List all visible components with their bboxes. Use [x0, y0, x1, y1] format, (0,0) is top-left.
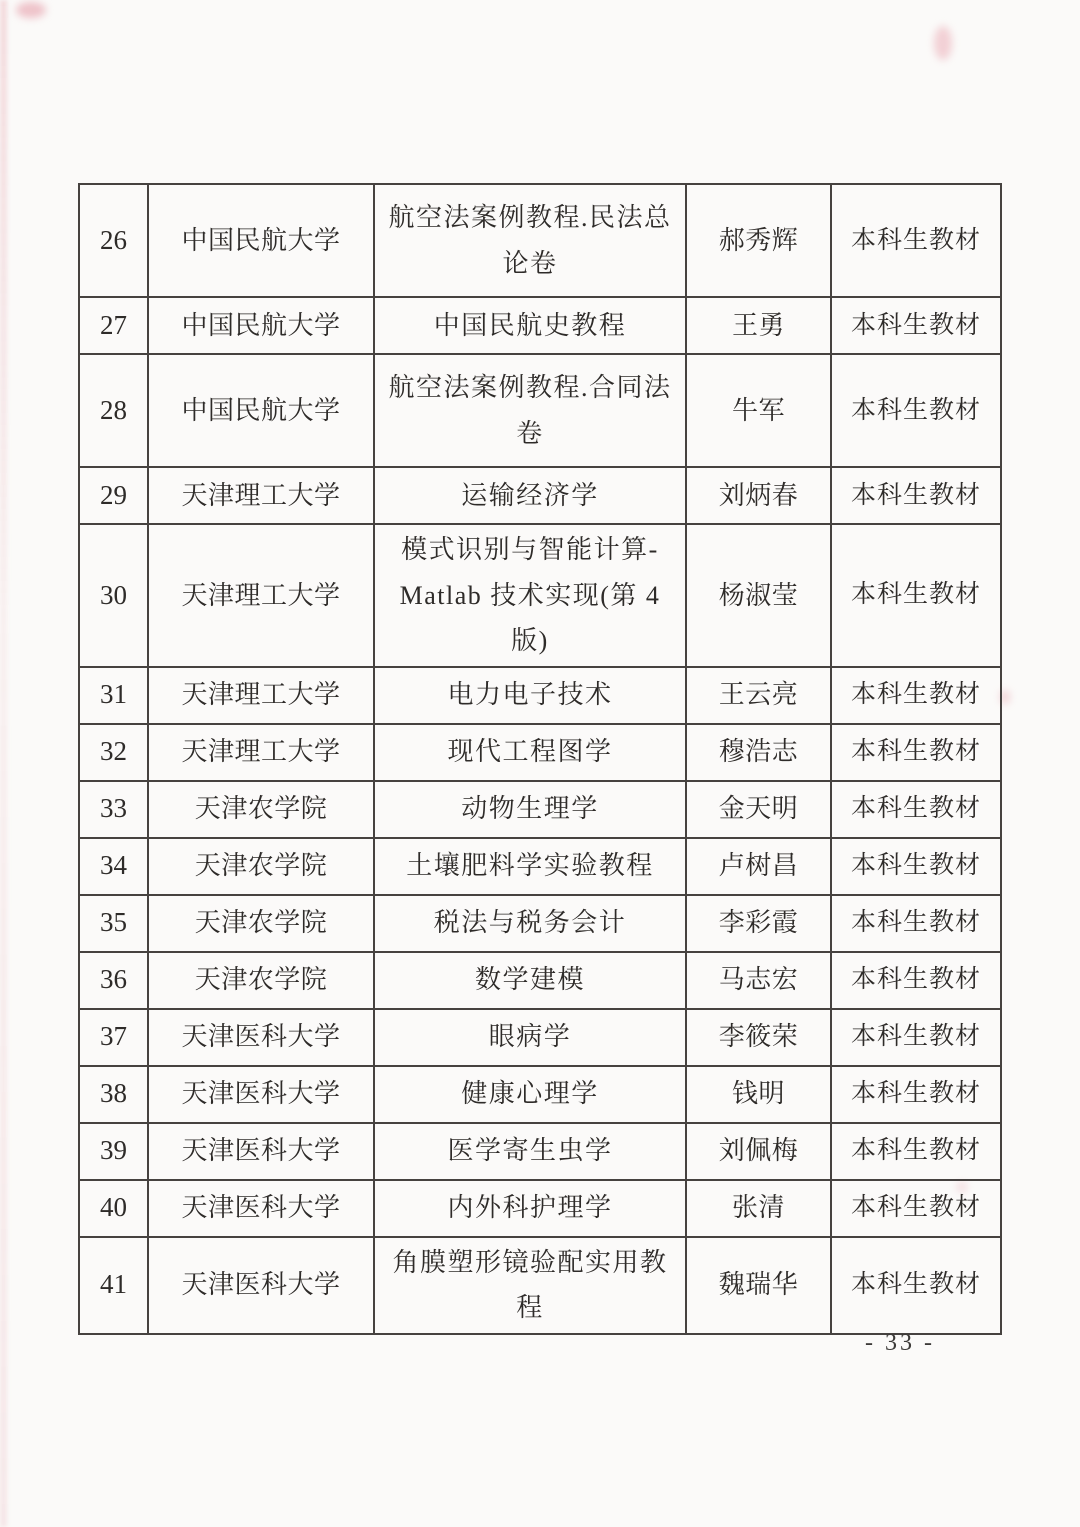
- cell-university: 中国民航大学: [148, 184, 374, 297]
- cell-category: 本科生教材: [831, 524, 1001, 667]
- cell-university: 天津农学院: [148, 838, 374, 895]
- cell-author: 杨淑莹: [686, 524, 831, 667]
- cell-no: 39: [79, 1123, 148, 1180]
- table-row: 36天津农学院数学建模马志宏本科生教材: [79, 952, 1001, 1009]
- cell-university: 天津医科大学: [148, 1237, 374, 1334]
- table-row: 38天津医科大学健康心理学钱明本科生教材: [79, 1066, 1001, 1123]
- cell-university: 中国民航大学: [148, 297, 374, 354]
- cell-category: 本科生教材: [831, 467, 1001, 524]
- cell-title: 医学寄生虫学: [374, 1123, 686, 1180]
- cell-category: 本科生教材: [831, 895, 1001, 952]
- scan-edge-tint: [0, 0, 7, 1527]
- table-row: 26中国民航大学航空法案例教程.民法总 论卷郝秀辉本科生教材: [79, 184, 1001, 297]
- textbook-table: 26中国民航大学航空法案例教程.民法总 论卷郝秀辉本科生教材27中国民航大学中国…: [78, 183, 1002, 1335]
- cell-university: 天津医科大学: [148, 1066, 374, 1123]
- cell-title: 动物生理学: [374, 781, 686, 838]
- table-row: 31天津理工大学电力电子技术王云亮本科生教材: [79, 667, 1001, 724]
- cell-author: 李筱荣: [686, 1009, 831, 1066]
- cell-university: 天津农学院: [148, 781, 374, 838]
- cell-no: 27: [79, 297, 148, 354]
- cell-category: 本科生教材: [831, 838, 1001, 895]
- cell-university: 天津医科大学: [148, 1009, 374, 1066]
- table-row: 32天津理工大学现代工程图学穆浩志本科生教材: [79, 724, 1001, 781]
- cell-category: 本科生教材: [831, 1009, 1001, 1066]
- cell-no: 26: [79, 184, 148, 297]
- cell-author: 魏瑞华: [686, 1237, 831, 1334]
- table-row: 39天津医科大学医学寄生虫学刘佩梅本科生教材: [79, 1123, 1001, 1180]
- table-row: 28中国民航大学航空法案例教程.合同法 卷牛军本科生教材: [79, 354, 1001, 467]
- cell-title: 角膜塑形镜验配实用教程: [374, 1237, 686, 1334]
- table-row: 30天津理工大学模式识别与智能计算- Matlab 技术实现(第 4 版)杨淑莹…: [79, 524, 1001, 667]
- cell-no: 32: [79, 724, 148, 781]
- table-row: 40天津医科大学内外科护理学张清本科生教材: [79, 1180, 1001, 1237]
- cell-title: 航空法案例教程.民法总 论卷: [374, 184, 686, 297]
- table-row: 41天津医科大学角膜塑形镜验配实用教程魏瑞华本科生教材: [79, 1237, 1001, 1334]
- cell-title: 税法与税务会计: [374, 895, 686, 952]
- cell-category: 本科生教材: [831, 297, 1001, 354]
- scan-artifact: [16, 2, 46, 18]
- cell-title: 健康心理学: [374, 1066, 686, 1123]
- cell-title: 模式识别与智能计算- Matlab 技术实现(第 4 版): [374, 524, 686, 667]
- cell-category: 本科生教材: [831, 1237, 1001, 1334]
- cell-no: 28: [79, 354, 148, 467]
- cell-author: 卢树昌: [686, 838, 831, 895]
- cell-no: 37: [79, 1009, 148, 1066]
- cell-author: 王勇: [686, 297, 831, 354]
- cell-category: 本科生教材: [831, 667, 1001, 724]
- cell-category: 本科生教材: [831, 354, 1001, 467]
- cell-author: 郝秀辉: [686, 184, 831, 297]
- cell-no: 34: [79, 838, 148, 895]
- cell-university: 中国民航大学: [148, 354, 374, 467]
- cell-no: 36: [79, 952, 148, 1009]
- scan-artifact: [934, 26, 952, 60]
- cell-no: 41: [79, 1237, 148, 1334]
- cell-title: 电力电子技术: [374, 667, 686, 724]
- cell-author: 钱明: [686, 1066, 831, 1123]
- cell-university: 天津理工大学: [148, 467, 374, 524]
- cell-no: 31: [79, 667, 148, 724]
- cell-category: 本科生教材: [831, 781, 1001, 838]
- cell-no: 30: [79, 524, 148, 667]
- table-row: 34天津农学院土壤肥料学实验教程卢树昌本科生教材: [79, 838, 1001, 895]
- cell-author: 张清: [686, 1180, 831, 1237]
- cell-university: 天津医科大学: [148, 1180, 374, 1237]
- cell-category: 本科生教材: [831, 724, 1001, 781]
- cell-author: 李彩霞: [686, 895, 831, 952]
- cell-category: 本科生教材: [831, 952, 1001, 1009]
- table-row: 35天津农学院税法与税务会计李彩霞本科生教材: [79, 895, 1001, 952]
- cell-title: 数学建模: [374, 952, 686, 1009]
- cell-no: 35: [79, 895, 148, 952]
- cell-author: 穆浩志: [686, 724, 831, 781]
- cell-no: 33: [79, 781, 148, 838]
- cell-author: 王云亮: [686, 667, 831, 724]
- cell-no: 38: [79, 1066, 148, 1123]
- cell-no: 29: [79, 467, 148, 524]
- cell-title: 土壤肥料学实验教程: [374, 838, 686, 895]
- cell-title: 内外科护理学: [374, 1180, 686, 1237]
- table-row: 33天津农学院动物生理学金天明本科生教材: [79, 781, 1001, 838]
- cell-author: 金天明: [686, 781, 831, 838]
- table-row: 37天津医科大学眼病学李筱荣本科生教材: [79, 1009, 1001, 1066]
- cell-title: 航空法案例教程.合同法 卷: [374, 354, 686, 467]
- cell-category: 本科生教材: [831, 1123, 1001, 1180]
- cell-university: 天津农学院: [148, 895, 374, 952]
- cell-university: 天津理工大学: [148, 724, 374, 781]
- textbook-table-body: 26中国民航大学航空法案例教程.民法总 论卷郝秀辉本科生教材27中国民航大学中国…: [79, 184, 1001, 1334]
- cell-university: 天津理工大学: [148, 524, 374, 667]
- page-number: - 33 -: [840, 1330, 960, 1357]
- cell-category: 本科生教材: [831, 1066, 1001, 1123]
- cell-author: 牛军: [686, 354, 831, 467]
- cell-author: 刘炳春: [686, 467, 831, 524]
- cell-title: 中国民航史教程: [374, 297, 686, 354]
- cell-category: 本科生教材: [831, 1180, 1001, 1237]
- cell-title: 现代工程图学: [374, 724, 686, 781]
- cell-author: 马志宏: [686, 952, 831, 1009]
- cell-author: 刘佩梅: [686, 1123, 831, 1180]
- cell-university: 天津理工大学: [148, 667, 374, 724]
- cell-university: 天津医科大学: [148, 1123, 374, 1180]
- cell-no: 40: [79, 1180, 148, 1237]
- cell-title: 运输经济学: [374, 467, 686, 524]
- cell-category: 本科生教材: [831, 184, 1001, 297]
- table-row: 27中国民航大学中国民航史教程王勇本科生教材: [79, 297, 1001, 354]
- table-row: 29天津理工大学运输经济学刘炳春本科生教材: [79, 467, 1001, 524]
- cell-university: 天津农学院: [148, 952, 374, 1009]
- cell-title: 眼病学: [374, 1009, 686, 1066]
